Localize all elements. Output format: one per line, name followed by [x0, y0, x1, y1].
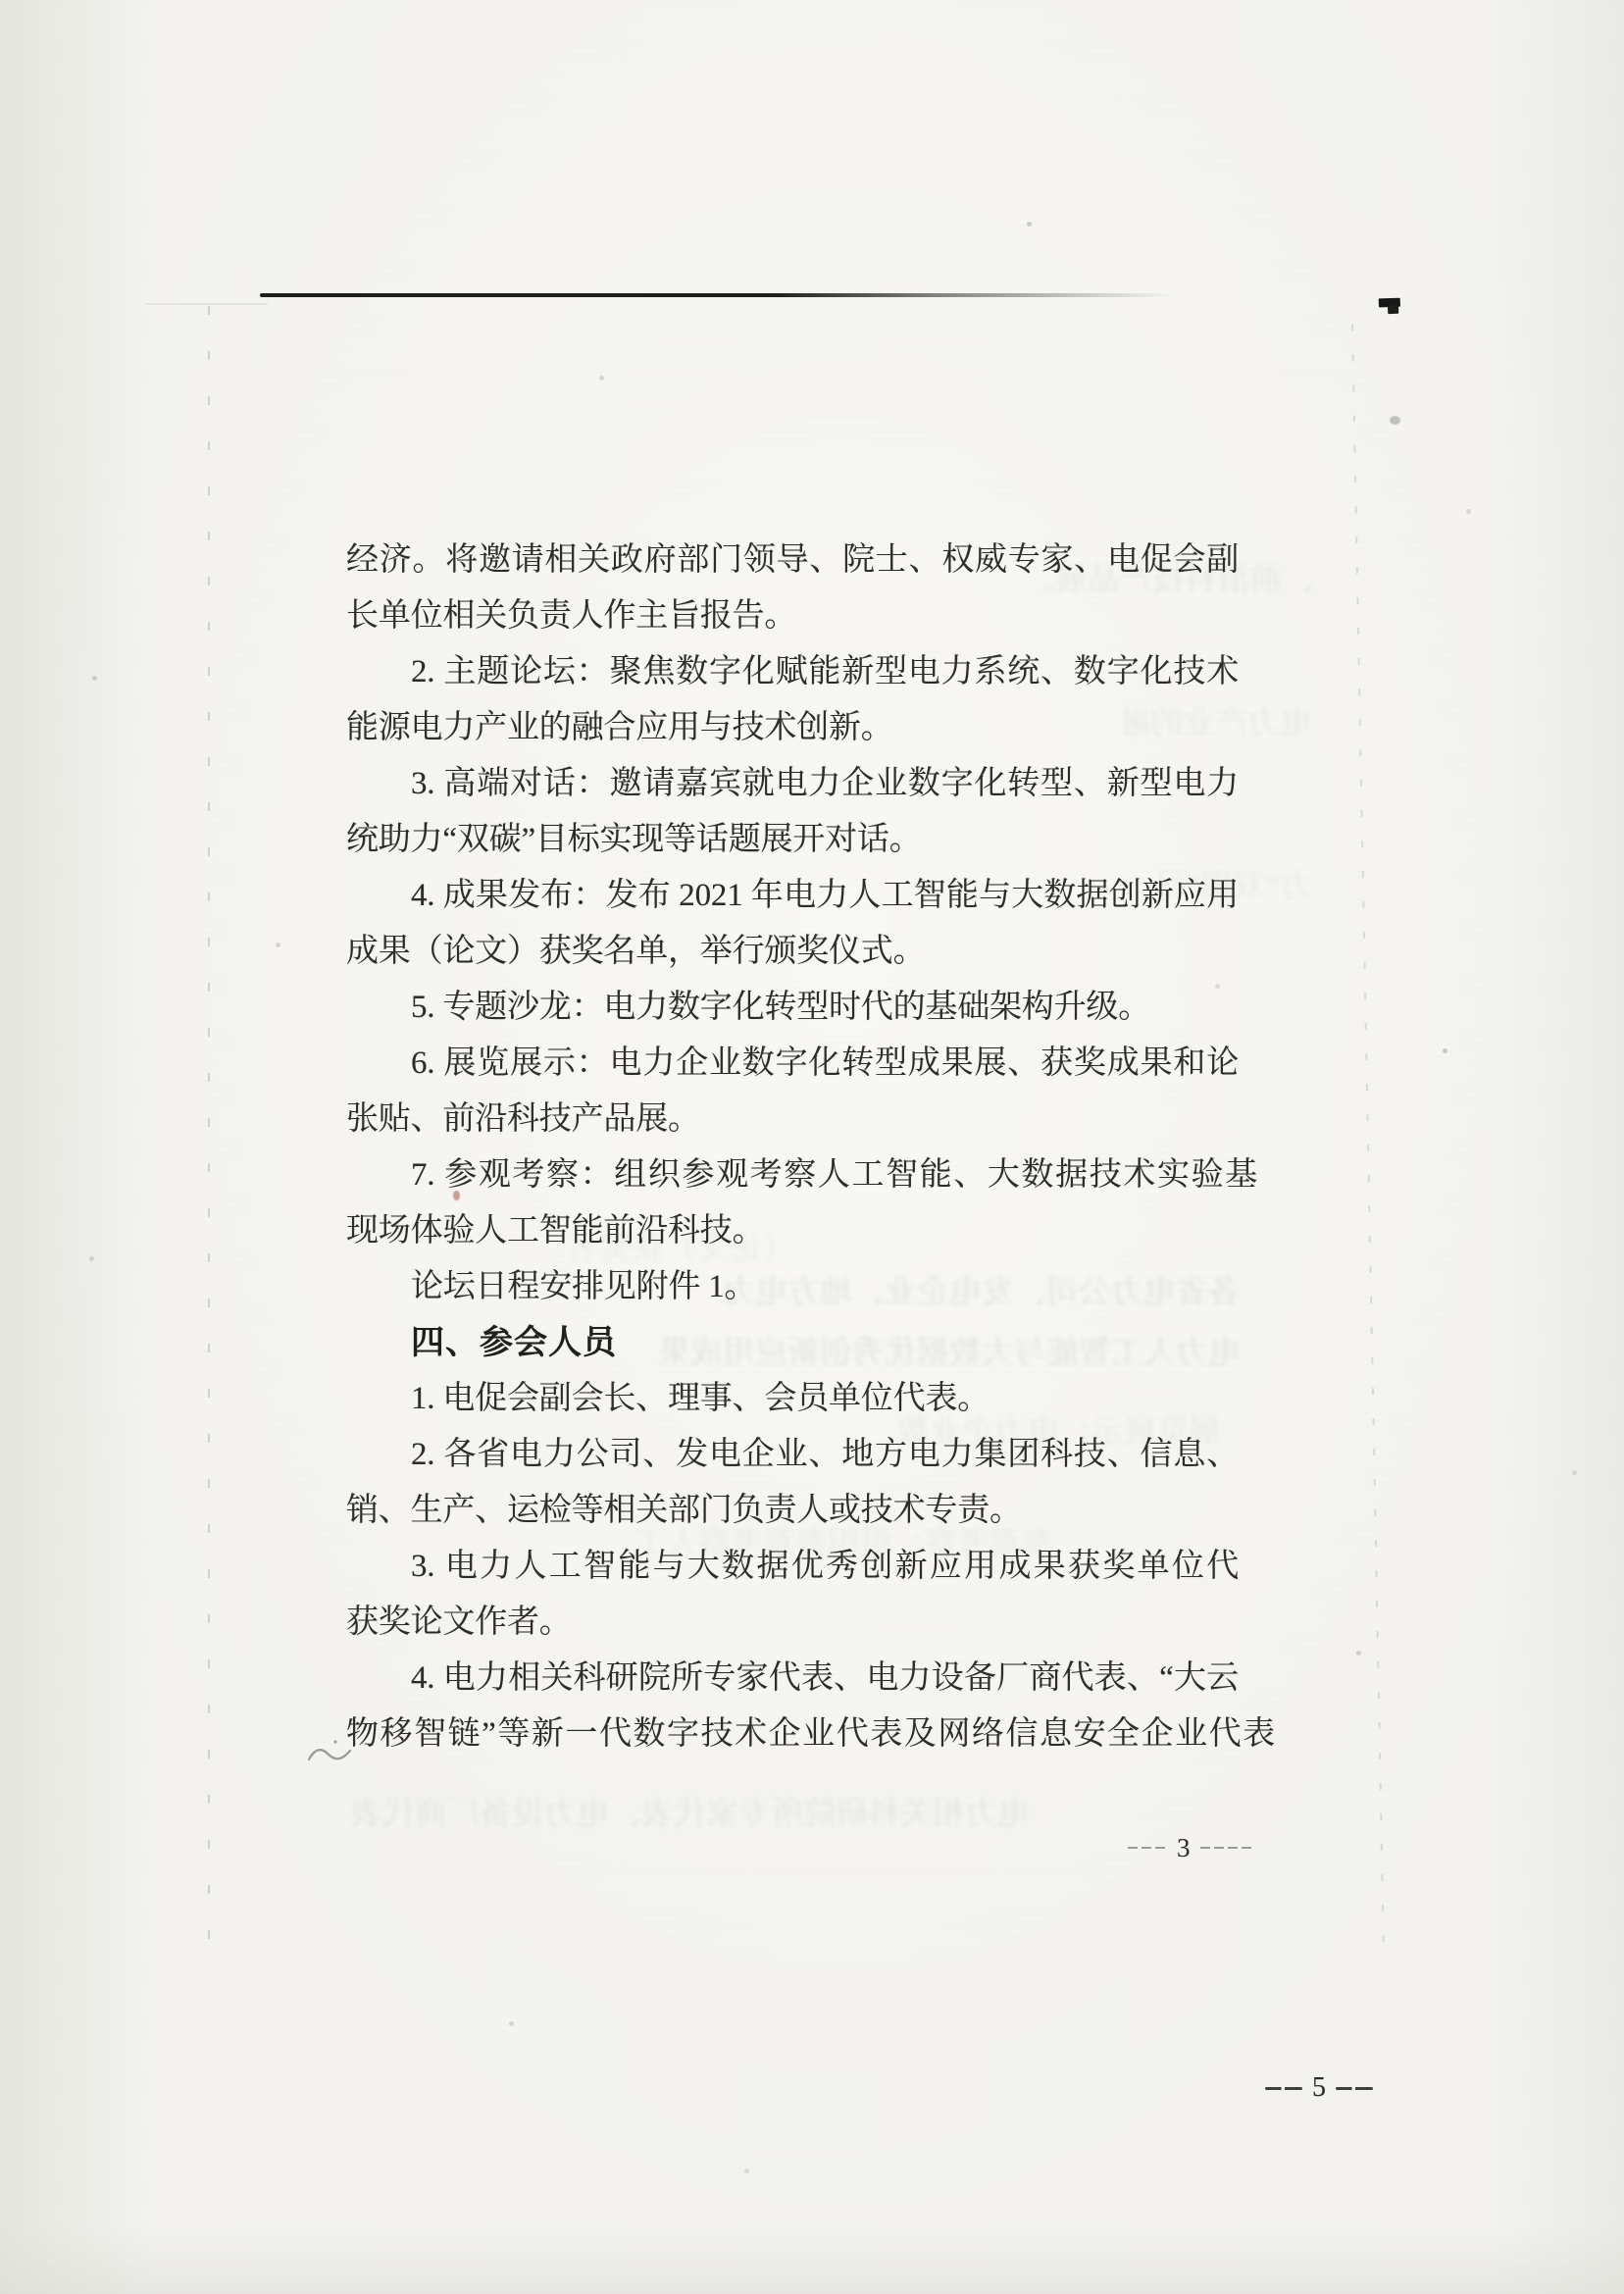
scan-edge-top-faint-line: [145, 303, 268, 305]
text-line: 统助力“双碳”目标实现等话题展开对话。: [346, 812, 922, 868]
text-line: 4. 成果发布：发布 2021 年电力人工智能与大数据创新应用: [411, 868, 1239, 924]
bleedthrough-ghost: 电力相关科研院所专家代表、电力设备厂商代表: [343, 1797, 1030, 1834]
text-line: 5. 专题沙龙：电力数字化转型时代的基础架构升级。: [411, 980, 1150, 1036]
text-line: 成果（论文）获奖名单，举行颁奖仪式。: [346, 924, 925, 980]
page-number-dash: [1265, 2087, 1302, 2090]
page-number-dash: [1336, 2087, 1373, 2090]
text-line: 7. 参观考察：组织参观考察人工智能、大数据技术实验基地，: [411, 1147, 1257, 1203]
text-line: 论坛日程安排见附件 1。: [411, 1259, 756, 1315]
text-line: 现场体验人工智能前沿科技。: [346, 1203, 764, 1259]
text-line: 获奖论文作者。: [346, 1595, 572, 1651]
inner-page-number: 3: [1128, 1833, 1251, 1862]
text-line: 3. 电力人工智能与大数据优秀创新应用成果获奖单位代表、: [411, 1539, 1239, 1595]
text-line: 2. 各省电力公司、发电企业、地方电力集团科技、信息、营: [411, 1427, 1239, 1483]
text-line: 2. 主题论坛：聚焦数字化赋能新型电力系统、数字化技术在: [411, 644, 1239, 700]
sheet-page-number-value: 5: [1312, 2071, 1326, 2105]
text-line: 能源电力产业的融合应用与技术创新。: [346, 700, 893, 756]
text-line: 张贴、前沿科技产品展。: [346, 1092, 700, 1147]
text-line: 物移智链”等新一代数字技术企业代表及网络信息安全企业代表等。: [346, 1707, 1275, 1762]
text-line: 6. 展览展示：电力企业数字化转型成果展、获奖成果和论文: [411, 1036, 1239, 1092]
scan-dust-specks: [0, 0, 3, 3]
scan-edge-top-line: [260, 293, 1192, 297]
section-heading: 四、参会人员: [411, 1315, 617, 1371]
scanned-document-page: 、前沿科技产品展。电力产业的融力“双碳”目（论文）获奖名各省电力公司、发电企业、…: [0, 0, 1624, 2294]
text-line: 长单位相关负责人作主旨报告。: [346, 588, 796, 644]
text-line: 1. 电促会副会长、理事、会员单位代表。: [411, 1371, 990, 1427]
page-number-dash: [1128, 1847, 1167, 1849]
text-line: 经济。将邀请相关政府部门领导、院士、权威专家、电促会副会: [346, 533, 1239, 588]
page-number-dash: [1200, 1847, 1251, 1849]
text-line: 销、生产、运检等相关部门负责人或技术专责。: [346, 1483, 1022, 1539]
text-line: 4. 电力相关科研院所专家代表、电力设备厂商代表、“大云: [411, 1651, 1239, 1707]
scan-smudge-dot: [1390, 416, 1400, 425]
text-line: 3. 高端对话：邀请嘉宾就电力企业数字化转型、新型电力系: [411, 756, 1239, 812]
scan-corner-mark: [1379, 298, 1405, 317]
inner-page-number-value: 3: [1177, 1833, 1191, 1862]
bleedthrough-ghost: 电力产业的融: [1124, 706, 1312, 751]
scan-edge-left-dotted-line: [208, 306, 210, 1973]
scan-edge-right-dotted-line: [1351, 324, 1385, 1957]
sheet-page-number: 5: [1265, 2071, 1373, 2105]
bleedthrough-ghost: 各省电力公司、发电企业、地方电力: [696, 1275, 1241, 1316]
